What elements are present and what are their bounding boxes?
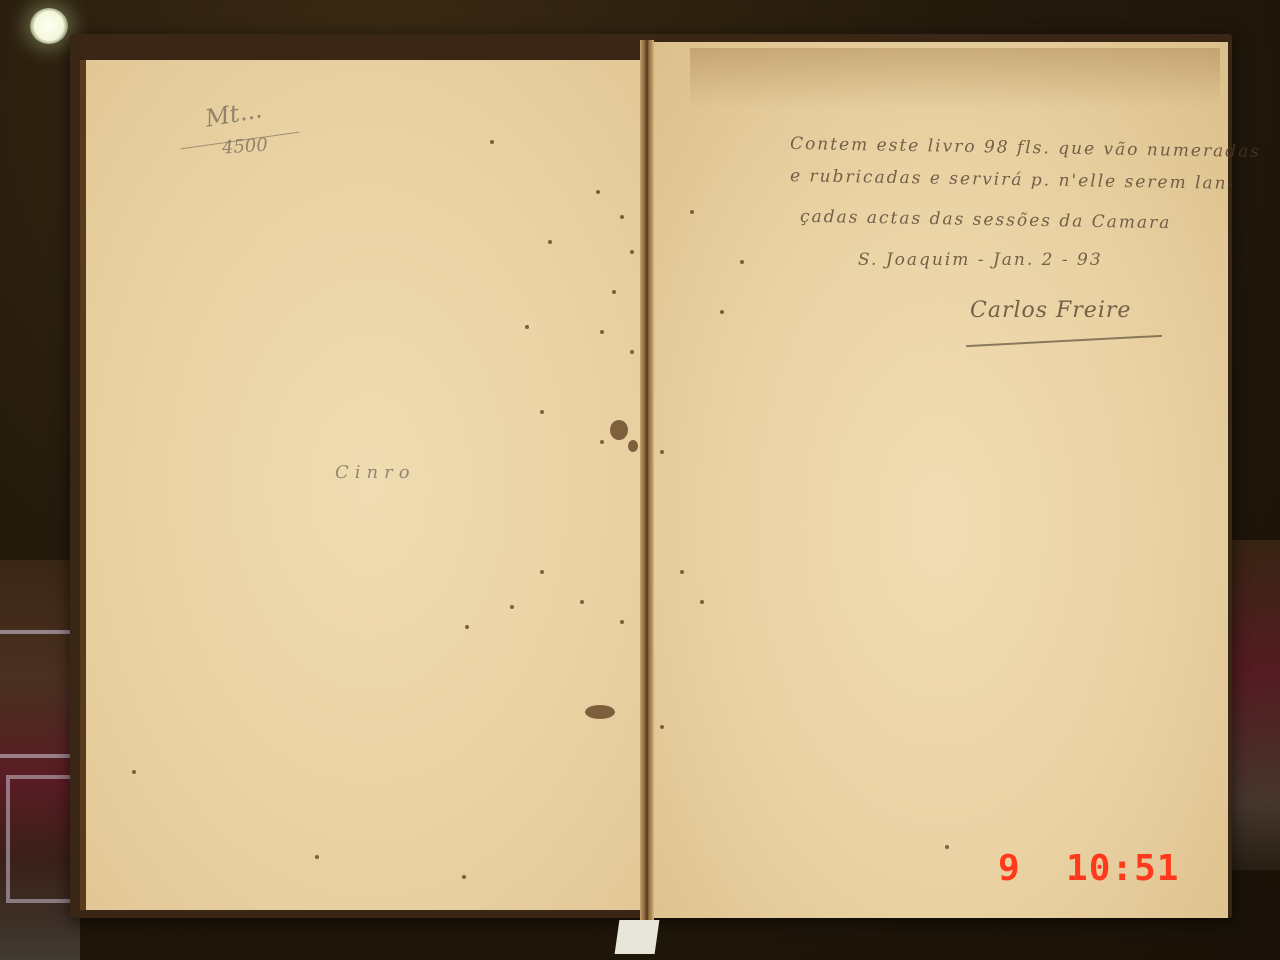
water-stain (690, 48, 1220, 108)
inscription-place-date: S. Joaquim - Jan. 2 - 93 (858, 250, 1103, 270)
pencil-number: 4500 (221, 134, 268, 158)
signature: Carlos Freire (970, 298, 1131, 323)
pencil-scribble: Cinro (335, 462, 416, 483)
camera-timestamp: 9 10:51 (998, 848, 1179, 889)
rug-left (0, 560, 80, 960)
lamp-light (30, 8, 68, 44)
rug-right (1230, 540, 1280, 870)
photo-scene: Mt... 4500 Cinro Contem este livro 98 fl… (0, 0, 1280, 960)
timestamp-time: 10:51 (1066, 848, 1179, 889)
book-spine (640, 40, 654, 920)
timestamp-day: 9 (998, 848, 1021, 889)
left-page (80, 60, 652, 910)
bookmark-ribbon (615, 920, 660, 954)
